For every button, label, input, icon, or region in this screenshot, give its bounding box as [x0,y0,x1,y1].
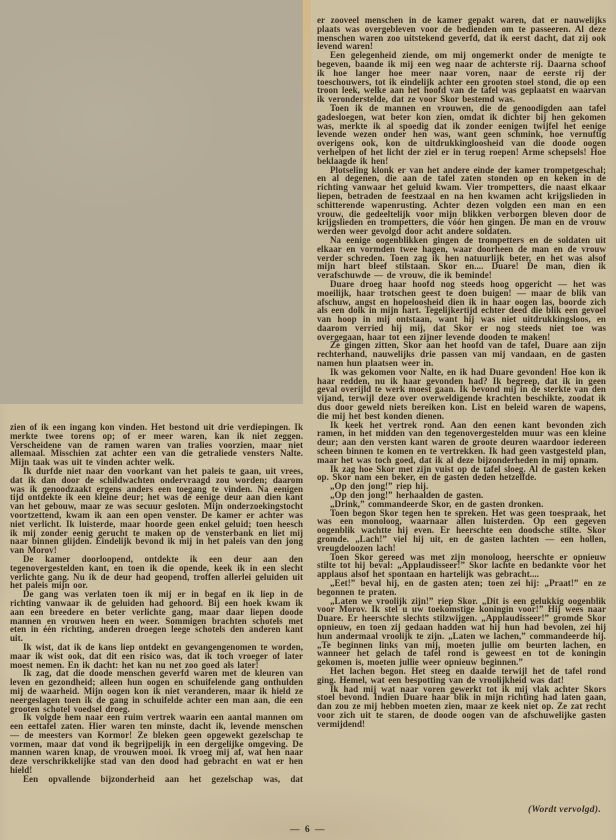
page-number: — 6 — [0,825,616,835]
paragraph: Plotseling klonk er van het andere einde… [317,166,606,236]
paragraph: Een opvallende bijzonderheid aan het gez… [10,775,303,784]
paragraph: Toen ik de mannen en vrouwen, die de gen… [317,104,606,166]
paragraph: Ik had mij wat naar voren gewerkt tot ik… [317,685,606,729]
paragraph: Ik was gekomen voor Nalte, en ik had Dua… [317,368,606,421]
paragraph: De gang was verlaten toen ik mij er in b… [10,590,303,643]
column-gap-paper-tint [302,0,311,230]
paragraph: Ik keek het vertrek rond. Aan den eenen … [317,421,606,465]
paragraph: er zooveel menschen in de kamer gepakt w… [317,16,606,51]
paragraph: De kamer doorloopend, ontdekte ik een de… [10,555,303,590]
paragraph: Ik wist, dat ik de kans liep ontdekt en … [10,643,303,669]
magazine-page: zien of ik een ingang kon vinden. Het be… [0,0,616,840]
continued-notice: (Wordt vervolgd). [317,805,601,815]
paragraph: Na eenige oogenblikken gingen de trompet… [317,236,606,280]
paragraph: Ik durfde niet naar den voorkant van het… [10,467,303,555]
paragraph: zien of ik een ingang kon vinden. Het be… [10,423,303,467]
paragraph: Duare droeg haar hoofd nog steeds hoog o… [317,280,606,342]
paragraph: Ik zag, dat die doode menschen geverfd w… [10,669,303,713]
paragraph: Ik volgde hem naar een ruim vertrek waar… [10,713,303,775]
left-text-column: zien of ik een ingang kon vinden. Het be… [10,423,303,822]
right-text-column: er zooveel menschen in de kamer gepakt w… [317,16,606,804]
paragraph: Ik zag hoe Skor met zijn vuist op de taf… [317,465,606,483]
paragraph: „Laten we vroolijk zijn!” riep Skor. „Di… [317,597,606,667]
paragraph: Ze gingen zitten, Skor aan het hoofd van… [317,341,606,367]
paragraph: Een gelegenheid ziende, om mij ongemerkt… [317,51,606,104]
paragraph: Toen Skor gereed was met zijn monoloog, … [317,553,606,579]
paragraph: „Eet!” beval hij, en de gasten aten; toe… [317,579,606,597]
paragraph: Het lachen begon. Het steeg en daalde te… [317,667,606,685]
paragraph: Toen begon Skor tegen hen te spreken. He… [317,509,606,553]
blank-illustration-area [0,0,303,404]
